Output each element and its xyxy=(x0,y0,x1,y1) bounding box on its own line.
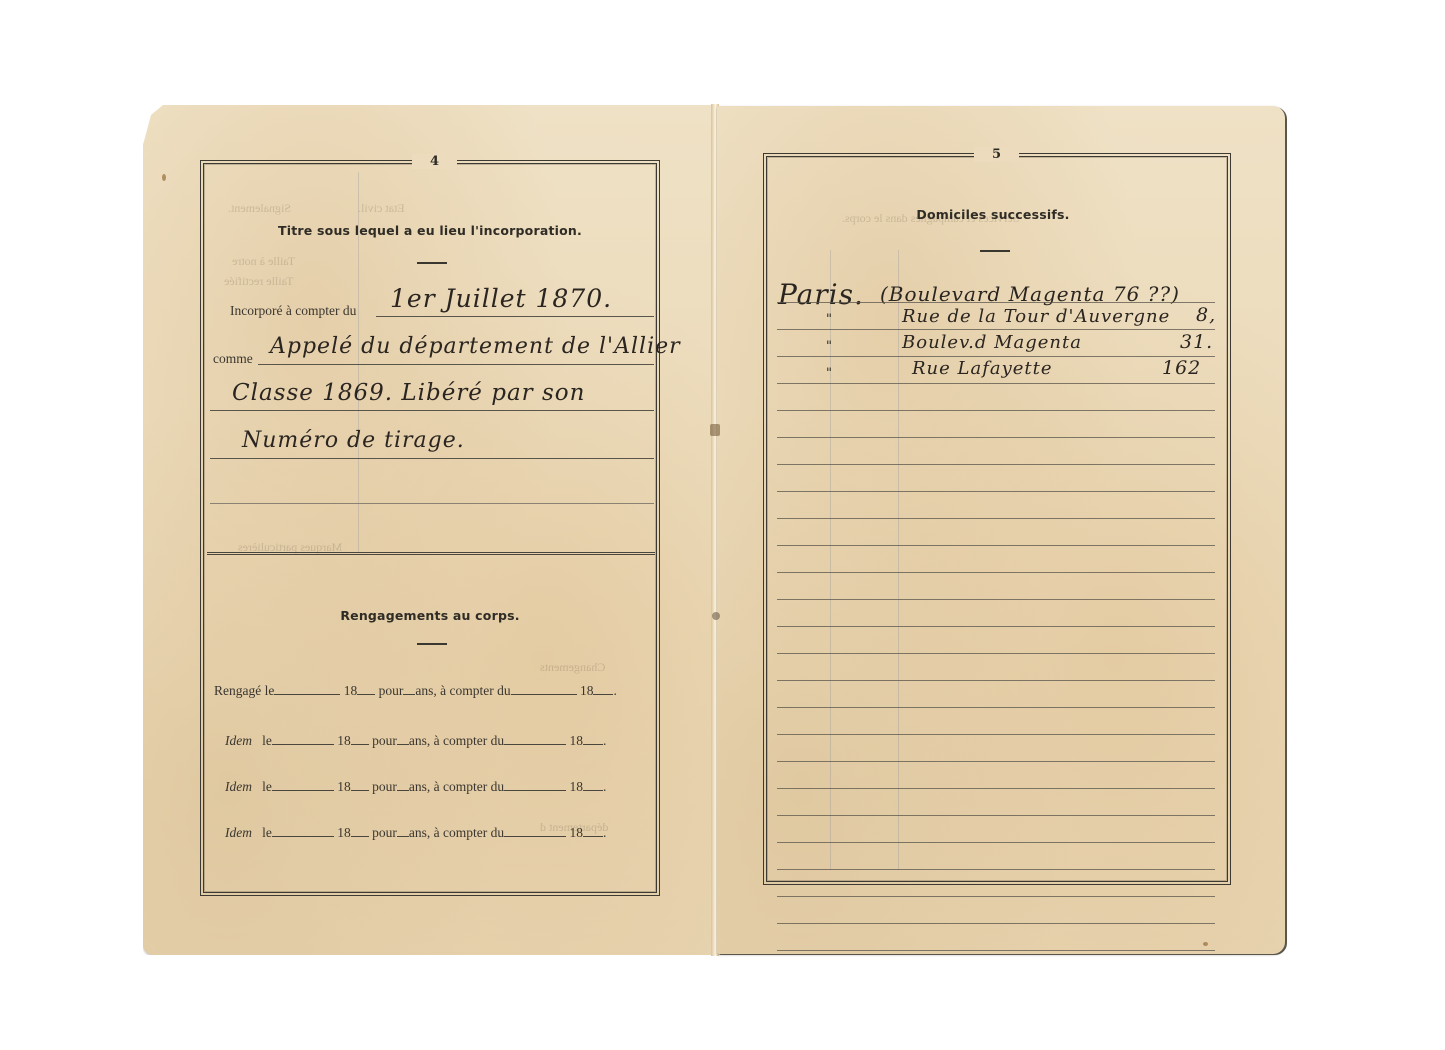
ruled-line[interactable] xyxy=(777,383,1215,384)
title-dash xyxy=(417,262,447,264)
year-field[interactable] xyxy=(583,780,603,791)
row-ans: ans, à compter du xyxy=(409,733,504,748)
ruled-line[interactable] xyxy=(777,842,1215,843)
year-prefix: 18 xyxy=(569,825,583,840)
domicile-address[interactable]: Boulev.d Magenta xyxy=(902,332,1082,353)
row-prefix: Idem xyxy=(225,825,252,840)
ruled-line[interactable] xyxy=(777,572,1215,573)
row-end: . xyxy=(603,733,606,748)
date-field[interactable] xyxy=(272,780,334,791)
year-prefix: 18 xyxy=(580,683,594,698)
paper-stain xyxy=(1203,942,1208,946)
row-le: le xyxy=(262,733,272,748)
ruled-line[interactable] xyxy=(777,410,1215,411)
row-le: le xyxy=(262,825,272,840)
domicile-city[interactable]: Paris. xyxy=(778,278,864,311)
section-divider xyxy=(207,552,655,555)
ruled-line[interactable] xyxy=(777,464,1215,465)
line-3-value[interactable]: Numéro de tirage. xyxy=(242,428,465,453)
ruled-line[interactable] xyxy=(777,518,1215,519)
spine-tear xyxy=(712,612,720,620)
show-through-text: Taille à notre xyxy=(232,254,295,269)
ruled-line[interactable] xyxy=(777,302,1215,303)
ruled-line[interactable] xyxy=(777,653,1215,654)
row-prefix: Rengagé xyxy=(214,683,261,698)
year-prefix: 18 xyxy=(337,733,351,748)
ruled-line[interactable] xyxy=(777,950,1215,951)
years-count-field[interactable] xyxy=(397,734,409,745)
row-ans: ans, à compter du xyxy=(409,825,504,840)
page-number-left: 4 xyxy=(412,154,457,169)
rengagement-row: Idem le 18 pourans, à compter du 18. xyxy=(225,825,606,841)
date-field[interactable] xyxy=(274,684,340,695)
year-field[interactable] xyxy=(351,826,369,837)
row-ans: ans, à compter du xyxy=(415,683,510,698)
show-through-text: Changements xyxy=(540,660,605,675)
year-field[interactable] xyxy=(357,684,375,695)
row-le: le xyxy=(262,779,272,794)
year-field[interactable] xyxy=(351,780,369,791)
section-title-domiciles: Domiciles successifs. xyxy=(773,207,1213,222)
paper-stain xyxy=(162,174,166,181)
ruled-line[interactable] xyxy=(777,896,1215,897)
line-4 xyxy=(210,503,654,504)
year-prefix: 18 xyxy=(337,825,351,840)
year-prefix: 18 xyxy=(337,779,351,794)
years-count-field[interactable] xyxy=(403,684,415,695)
year-field[interactable] xyxy=(351,734,369,745)
ruled-line[interactable] xyxy=(777,599,1215,600)
comme-label: comme xyxy=(213,351,253,367)
line-3 xyxy=(210,458,654,459)
rengagement-row: Rengagé le 18 pourans, à compter du 18. xyxy=(214,683,617,699)
rengagement-row: Idem le 18 pourans, à compter du 18. xyxy=(225,733,606,749)
year-prefix: 18 xyxy=(569,733,583,748)
ruled-line[interactable] xyxy=(777,734,1215,735)
show-through-text: Signalement. xyxy=(228,201,291,216)
rengagement-row: Idem le 18 pourans, à compter du 18. xyxy=(225,779,606,795)
ruled-line[interactable] xyxy=(777,626,1215,627)
domicile-number[interactable]: 8, xyxy=(1196,304,1216,326)
domicile-address[interactable]: Rue de la Tour d'Auvergne xyxy=(902,306,1170,327)
row-ans: ans, à compter du xyxy=(409,779,504,794)
line-2-value[interactable]: Classe 1869. Libéré par son xyxy=(232,380,585,406)
domicile-number[interactable]: 31. xyxy=(1180,331,1213,353)
start-date-field[interactable] xyxy=(504,826,566,837)
ruled-line[interactable] xyxy=(777,437,1215,438)
year-field[interactable] xyxy=(583,734,603,745)
ruled-line[interactable] xyxy=(777,815,1215,816)
incorpore-line xyxy=(376,316,654,317)
year-prefix: 18 xyxy=(569,779,583,794)
ruled-line[interactable] xyxy=(777,545,1215,546)
ruled-line[interactable] xyxy=(777,329,1215,330)
domicile-address[interactable]: Rue Lafayette xyxy=(912,358,1053,379)
row-end: . xyxy=(603,779,606,794)
show-through-text: Taille rectifiée xyxy=(224,274,293,289)
ruled-line[interactable] xyxy=(777,680,1215,681)
row-pour: pour xyxy=(372,825,397,840)
ruled-line[interactable] xyxy=(777,869,1215,870)
margin-rule xyxy=(898,250,899,870)
ruled-line[interactable] xyxy=(777,761,1215,762)
row-end: . xyxy=(613,683,616,698)
section-title-incorporation: Titre sous lequel a eu lieu l'incorporat… xyxy=(210,223,650,238)
row-prefix: Idem xyxy=(225,733,252,748)
years-count-field[interactable] xyxy=(397,826,409,837)
start-date-field[interactable] xyxy=(504,780,566,791)
domicile-ditto: " xyxy=(826,312,833,327)
section-title-rengagements: Rengagements au corps. xyxy=(210,608,650,623)
comme-value[interactable]: Appelé du département de l'Allier xyxy=(270,334,681,359)
row-le: le xyxy=(265,683,275,698)
year-field[interactable] xyxy=(593,684,613,695)
year-prefix: 18 xyxy=(344,683,358,698)
right-page-frame xyxy=(763,153,1231,885)
show-through-text: Etat civil. xyxy=(358,201,405,216)
title-dash xyxy=(417,643,447,645)
year-field[interactable] xyxy=(583,826,603,837)
domicile-ditto: " xyxy=(826,339,833,354)
ruled-line[interactable] xyxy=(777,788,1215,789)
page-number-right: 5 xyxy=(974,147,1019,162)
start-date-field[interactable] xyxy=(504,734,566,745)
comme-line xyxy=(258,364,654,365)
row-pour: pour xyxy=(372,779,397,794)
date-field[interactable] xyxy=(272,734,334,745)
row-end: . xyxy=(603,825,606,840)
start-date-field[interactable] xyxy=(511,684,577,695)
incorpore-value[interactable]: 1er Juillet 1870. xyxy=(390,284,612,313)
spine-tear xyxy=(710,424,720,436)
date-field[interactable] xyxy=(272,826,334,837)
ruled-line[interactable] xyxy=(777,356,1215,357)
ruled-line[interactable] xyxy=(777,923,1215,924)
line-2 xyxy=(210,410,654,411)
years-count-field[interactable] xyxy=(397,780,409,791)
row-pour: pour xyxy=(372,733,397,748)
incorpore-label: Incorporé à compter du xyxy=(230,303,356,319)
row-pour: pour xyxy=(379,683,404,698)
ruled-line[interactable] xyxy=(777,491,1215,492)
ruled-line[interactable] xyxy=(777,707,1215,708)
row-prefix: Idem xyxy=(225,779,252,794)
title-dash xyxy=(980,250,1010,252)
domicile-ditto: " xyxy=(826,366,833,381)
domicile-number[interactable]: 162 xyxy=(1162,357,1201,379)
